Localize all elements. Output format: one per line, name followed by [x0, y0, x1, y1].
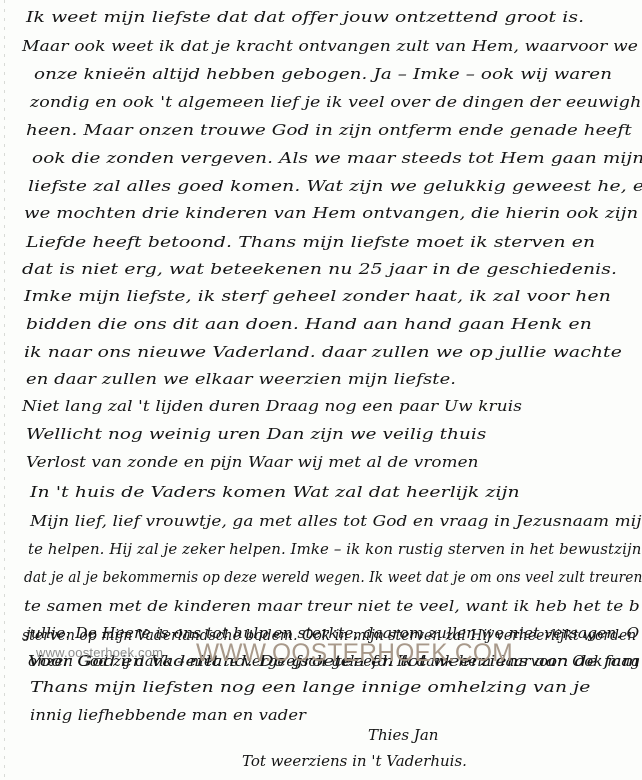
letter-line: Liefde heeft betoond. Thans mijn liefste…	[26, 233, 595, 251]
letter-page: Ik weet mijn liefste dat dat offer jouw …	[0, 0, 642, 780]
letter-line: we mochten drie kinderen van Hem ontvang…	[24, 204, 638, 222]
signature-name: Thies Jan	[368, 726, 438, 744]
watermark-large: WWW.OOSTERHOEK.COM	[196, 639, 513, 668]
letter-line: Wellicht nog weinig uren Dan zijn we vei…	[26, 425, 486, 443]
letter-line: ik naar ons nieuwe Vaderland. daar zulle…	[24, 343, 622, 361]
letter-line: en daar zullen we elkaar weerzien mijn l…	[26, 370, 456, 388]
signature-closing: Tot weerziens in 't Vaderhuis.	[242, 752, 467, 770]
letter-line: In 't huis de Vaders komen Wat zal dat h…	[30, 483, 520, 501]
letter-line: zondig en ook 't algemeen lief je ik vee…	[30, 93, 641, 111]
letter-line: te helpen. Hij zal je zeker helpen. Imke…	[28, 540, 641, 558]
letter-line: te samen met de kinderen maar treur niet…	[24, 597, 640, 615]
letter-line: onze knieën altijd hebben gebogen. Ja – …	[34, 65, 612, 83]
letter-line: Mijn lief, lief vrouwtje, ga met alles t…	[30, 512, 642, 530]
watermark-small: www.oosterhoek.com	[36, 645, 163, 660]
letter-line: Maar ook weet ik dat je kracht ontvangen…	[22, 37, 638, 55]
letter-line: dat je al je bekommernis op deze wereld …	[24, 568, 642, 586]
letter-line: Ik weet mijn liefste dat dat offer jouw …	[26, 8, 584, 26]
letter-line: Verlost van zonde en pijn Waar wij met a…	[26, 453, 479, 471]
letter-line: Thans mijn liefsten nog een lange innige…	[30, 678, 590, 696]
letter-line: ook die zonden vergeven. Als we maar ste…	[32, 149, 642, 167]
letter-line: heen. Maar onzen trouwe God in zijn ontf…	[26, 121, 632, 139]
letter-line: Imke mijn liefste, ik sterf geheel zonde…	[24, 287, 611, 305]
letter-line: dat is niet erg, wat beteekenen nu 25 ja…	[22, 260, 617, 278]
letter-line: Niet lang zal 't lijden duren Draag nog …	[22, 397, 522, 415]
letter-line: innig liefhebbende man en vader	[30, 706, 306, 724]
letter-line: liefste zal alles goed komen. Wat zijn w…	[28, 177, 642, 195]
letter-line: bidden die ons dit aan doen. Hand aan ha…	[26, 315, 592, 333]
